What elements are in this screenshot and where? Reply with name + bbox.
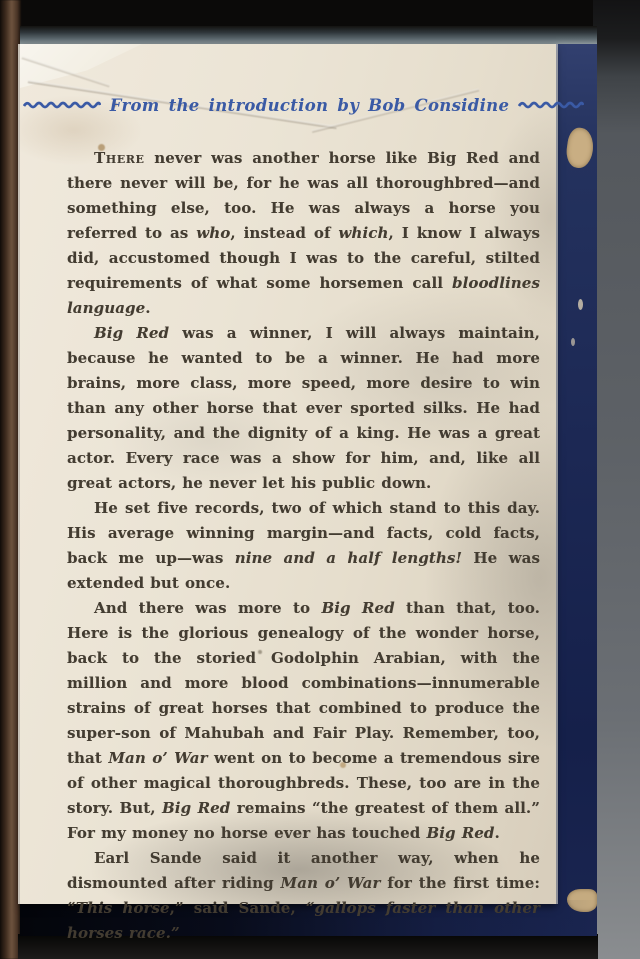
text-segment: Big Red (321, 599, 394, 617)
intro-header: From the introduction by Bob Considine (67, 93, 540, 117)
text-segment: which (338, 224, 388, 242)
spine-wear-fleck (571, 338, 575, 346)
wavy-rule-left-icon (23, 100, 101, 110)
printed-content: From the introduction by Bob Considine T… (20, 93, 556, 953)
paragraph: There never was another horse like Big R… (67, 146, 540, 321)
text-segment: than that, too. Here is the glorious gen… (67, 599, 540, 767)
wavy-rule-right-icon (518, 100, 584, 110)
body-text: There never was another horse like Big R… (67, 146, 540, 946)
text-segment: There (94, 149, 144, 167)
paragraph: Big Red was a winner, I will always main… (67, 321, 540, 496)
paragraph: He set five records, two of which stand … (67, 496, 540, 596)
text-segment: And there was more to (94, 599, 321, 617)
spine-corner-tear (567, 889, 597, 912)
text-segment: . (495, 824, 500, 842)
book-top-edge (20, 26, 597, 44)
background-surface (593, 0, 640, 959)
text-segment: Big Red (426, 824, 494, 842)
paragraph: Earl Sande said it another way, when he … (67, 846, 540, 946)
spine-wear-fleck (578, 299, 583, 310)
text-segment: Man o’ War (280, 874, 380, 892)
text-segment: This horse (76, 899, 170, 917)
text-segment: was a winner, I will always maintain, be… (67, 324, 540, 492)
photo-of-book-back-cover: { "colors": { "header_blue": "#3a5aa5", … (0, 0, 640, 959)
photo-left-edge (0, 0, 21, 959)
text-segment: Big Red (94, 324, 169, 342)
intro-header-text: From the introduction by Bob Considine (110, 96, 509, 115)
text-segment: ,” said Sande, (170, 899, 306, 917)
spine-wear-chip (564, 126, 595, 169)
text-segment: . (145, 299, 150, 317)
text-segment: nine and a half lengths! (235, 549, 462, 567)
text-segment: Big Red (162, 799, 230, 817)
text-segment: who (196, 224, 230, 242)
text-segment: , instead of (230, 224, 338, 242)
paragraph: And there was more to Big Red than that,… (67, 596, 540, 846)
dust-jacket-back-cover: From the introduction by Bob Considine T… (20, 44, 556, 904)
text-segment: Man o’ War (108, 749, 207, 767)
